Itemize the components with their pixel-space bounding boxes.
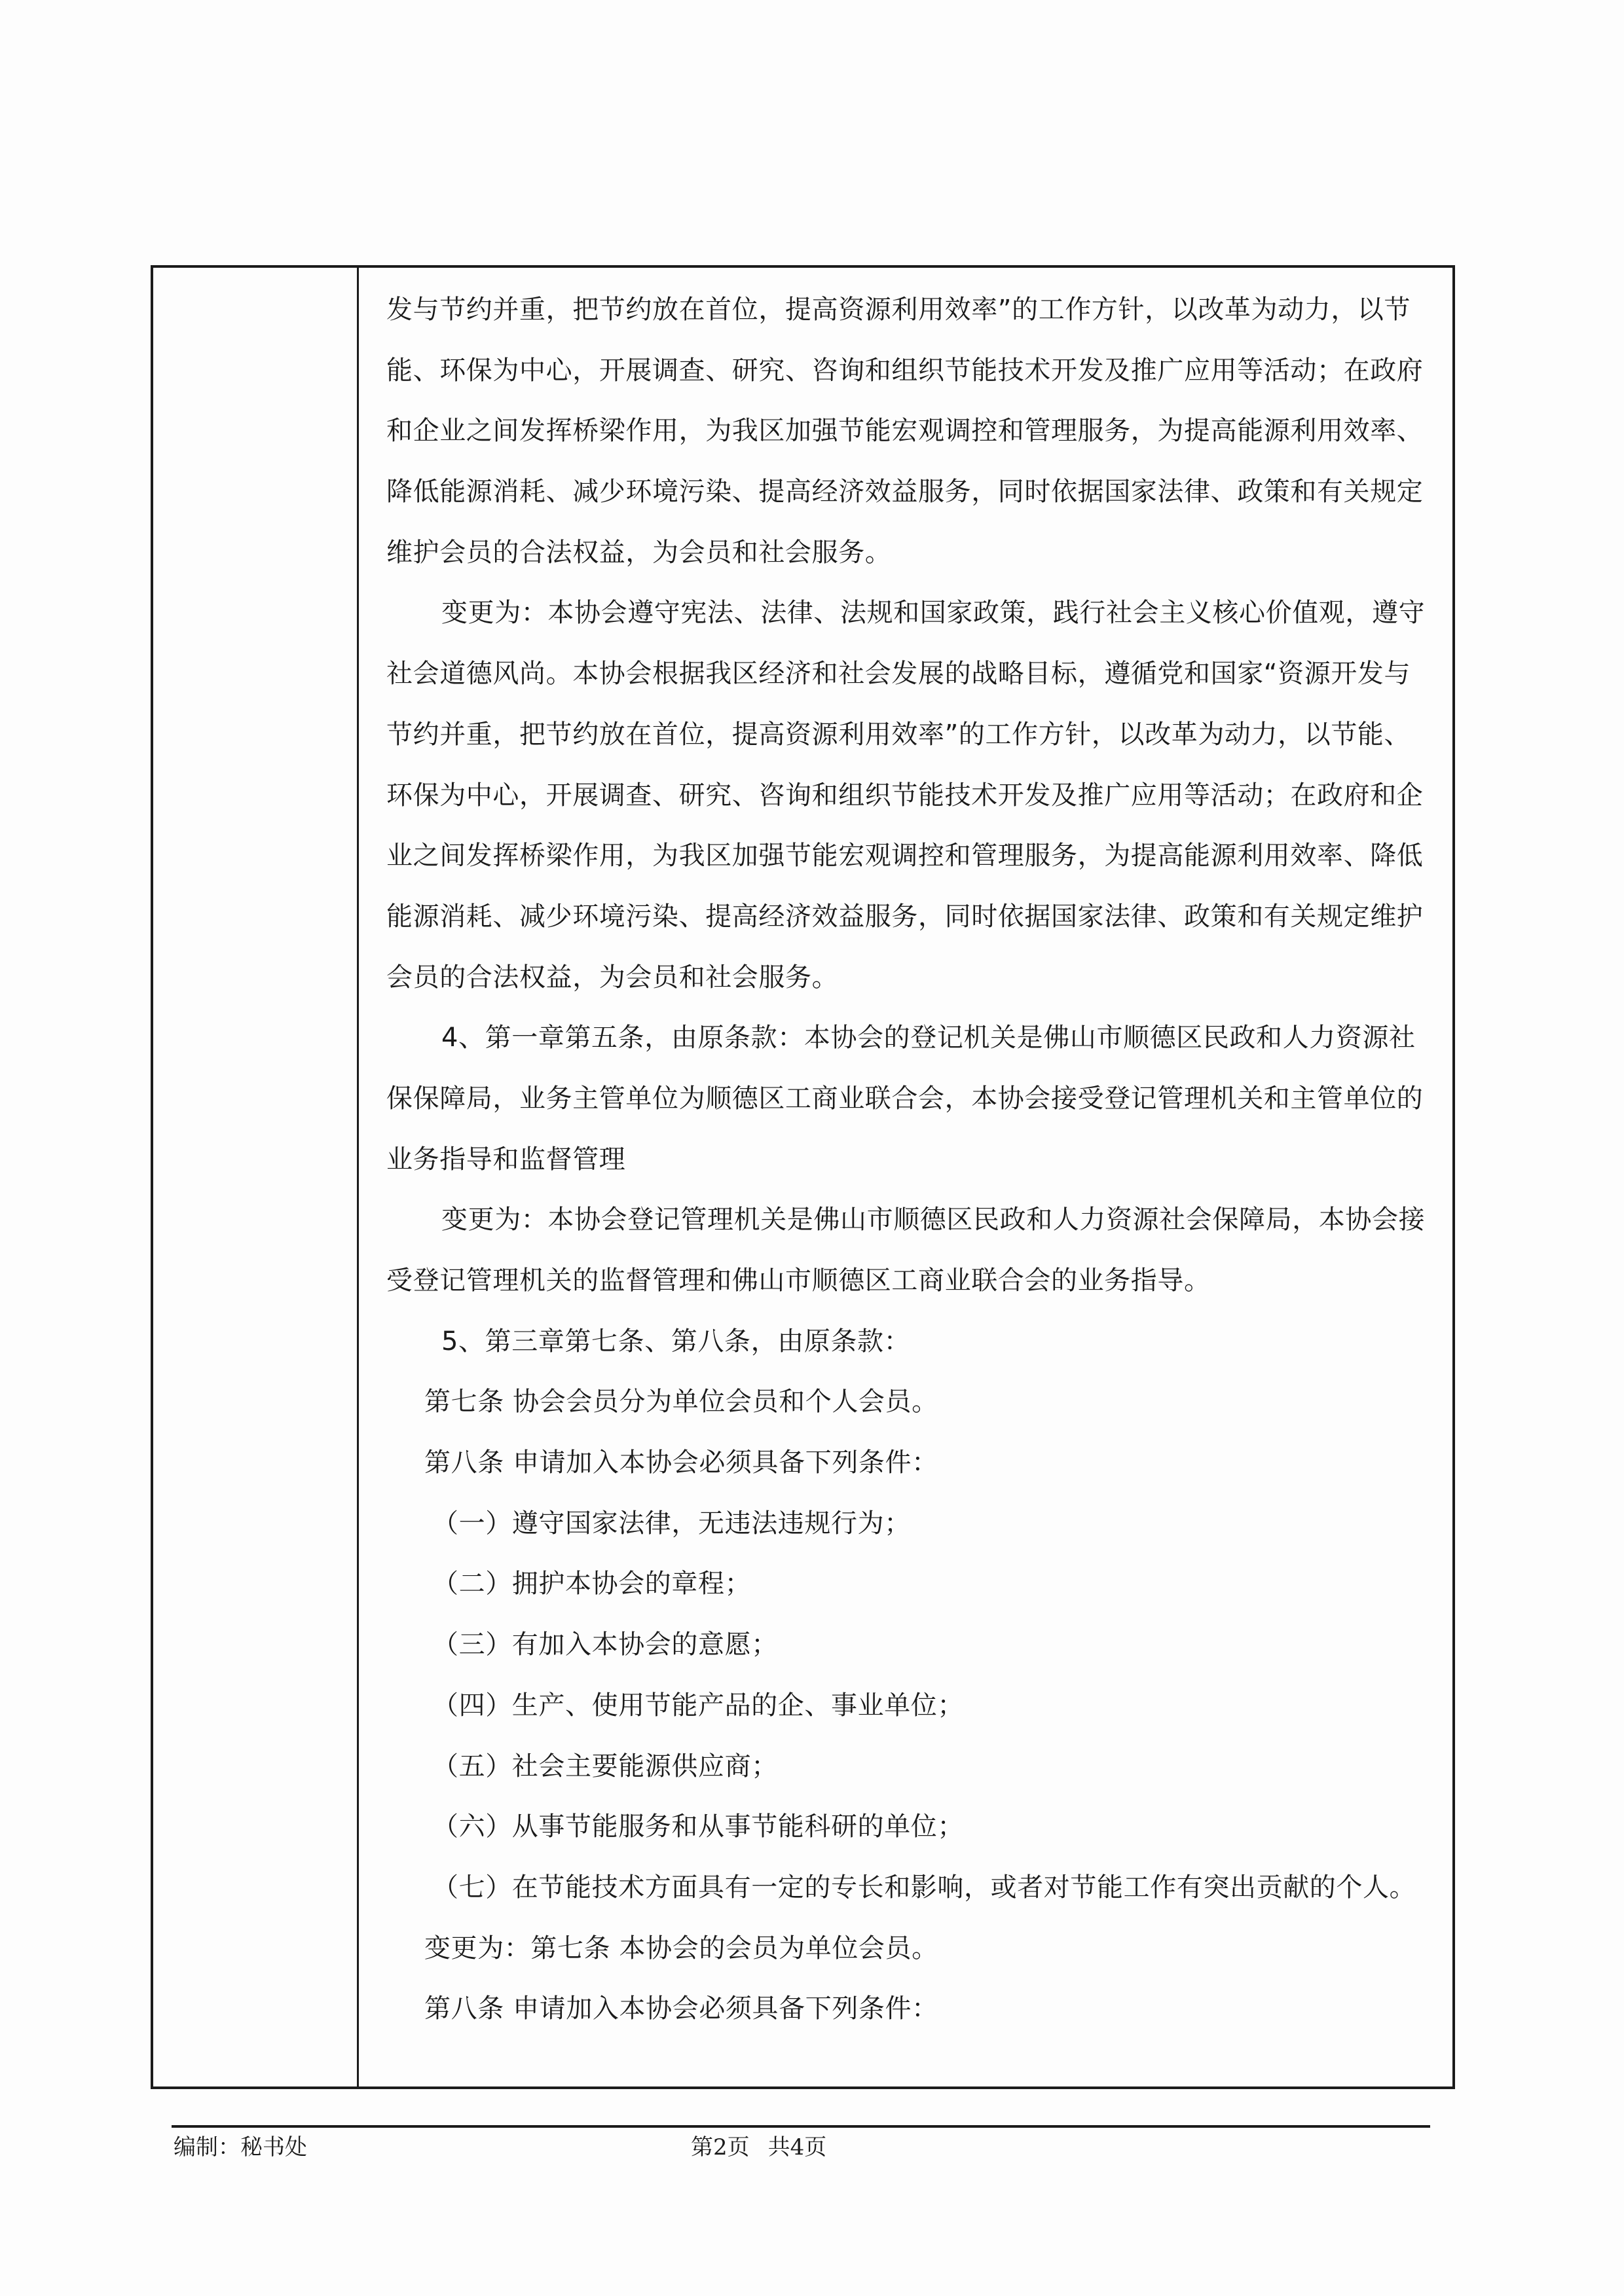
condition-item-7: （七）在节能技术方面具有一定的专长和影响，或者对节能工作有突出贡献的个人。 — [386, 1857, 1441, 1918]
item-5-heading: 5、第三章第七条、第八条，由原条款： — [386, 1311, 1441, 1372]
text-line: 受登记管理机关的监督管理和佛山市顺德区工商业联合会的业务指导。 — [386, 1250, 1441, 1311]
article-8-original: 第八条 申请加入本协会必须具备下列条件： — [386, 1432, 1441, 1493]
condition-item-3: （三）有加入本协会的意愿； — [386, 1614, 1441, 1675]
change-paragraph-start: 变更为：本协会遵守宪法、法律、法规和国家政策，践行社会主义核心价值观，遵守 — [386, 583, 1441, 644]
text-line: 能、环保为中心，开展调查、研究、咨询和组织节能技术开发及推广应用等活动；在政府 — [386, 340, 1441, 401]
text-line: 环保为中心，开展调查、研究、咨询和组织节能技术开发及推广应用等活动；在政府和企 — [386, 765, 1441, 826]
condition-item-4: （四）生产、使用节能产品的企、事业单位； — [386, 1675, 1441, 1736]
text-line: 会员的合法权益，为会员和社会服务。 — [386, 947, 1441, 1008]
condition-item-6: （六）从事节能服务和从事节能科研的单位； — [386, 1796, 1441, 1857]
text-line: 和企业之间发挥桥梁作用，为我区加强节能宏观调控和管理服务，为提高能源利用效率、 — [386, 401, 1441, 462]
page-current: 第2页 — [691, 2134, 750, 2160]
text-line: 业务指导和监督管理 — [386, 1129, 1441, 1190]
document-page: 发与节约并重，把节约放在首位，提高资源利用效率”的工作方针，以改革为动力，以节 … — [0, 0, 1624, 2296]
footer-page-number: 第2页共4页 — [691, 2133, 845, 2162]
text-line: 降低能源消耗、减少环境污染、提高经济效益服务，同时依据国家法律、政策和有关规定 — [386, 462, 1441, 522]
text-line: 节约并重，把节约放在首位，提高资源利用效率”的工作方针，以改革为动力，以节能、 — [386, 704, 1441, 765]
text-line: 社会道德风尚。本协会根据我区经济和社会发展的战略目标，遵循党和国家“资源开发与 — [386, 644, 1441, 704]
table-column-divider — [357, 265, 359, 2089]
text-line: 能源消耗、减少环境污染、提高经济效益服务，同时依据国家法律、政策和有关规定维护 — [386, 886, 1441, 947]
change-paragraph-start: 变更为：本协会登记管理机关是佛山市顺德区民政和人力资源社会保障局，本协会接 — [386, 1190, 1441, 1250]
amendment-content-cell: 发与节约并重，把节约放在首位，提高资源利用效率”的工作方针，以改革为动力，以节 … — [386, 280, 1441, 2039]
condition-item-5: （五）社会主要能源供应商； — [386, 1736, 1441, 1797]
text-line: 保保障局，业务主管单位为顺德区工商业联合会，本协会接受登记管理机关和主管单位的 — [386, 1068, 1441, 1129]
condition-item-1: （一）遵守国家法律，无违法违规行为； — [386, 1493, 1441, 1554]
article-7-changed: 变更为：第七条 本协会的会员为单位会员。 — [386, 1918, 1441, 1979]
text-line: 维护会员的合法权益，为会员和社会服务。 — [386, 522, 1441, 583]
text-line: 业之间发挥桥梁作用，为我区加强节能宏观调控和管理服务，为提高能源利用效率、降低 — [386, 826, 1441, 886]
text-line: 发与节约并重，把节约放在首位，提高资源利用效率”的工作方针，以改革为动力，以节 — [386, 280, 1441, 340]
condition-item-2: （二）拥护本协会的章程； — [386, 1554, 1441, 1614]
footer-compiled-by: 编制：秘书处 — [174, 2133, 307, 2162]
page-total: 共4页 — [768, 2134, 827, 2160]
footer-divider — [172, 2125, 1430, 2128]
item-4-heading: 4、第一章第五条，由原条款：本协会的登记机关是佛山市顺德区民政和人力资源社 — [386, 1008, 1441, 1068]
article-8-changed: 第八条 申请加入本协会必须具备下列条件： — [386, 1978, 1441, 2039]
article-7-original: 第七条 协会会员分为单位会员和个人会员。 — [386, 1372, 1441, 1432]
